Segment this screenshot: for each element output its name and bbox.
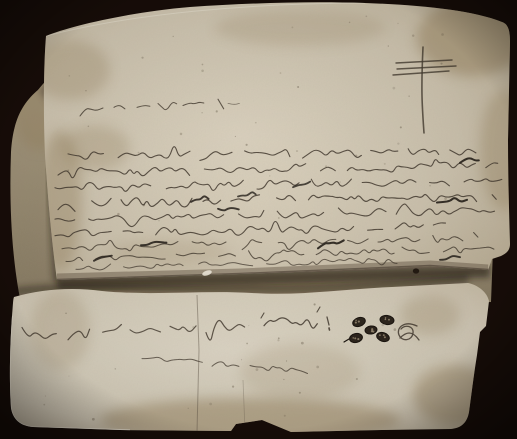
vignette-overlay <box>0 0 517 439</box>
letter-svg <box>0 0 517 439</box>
letter-scene <box>0 0 517 439</box>
